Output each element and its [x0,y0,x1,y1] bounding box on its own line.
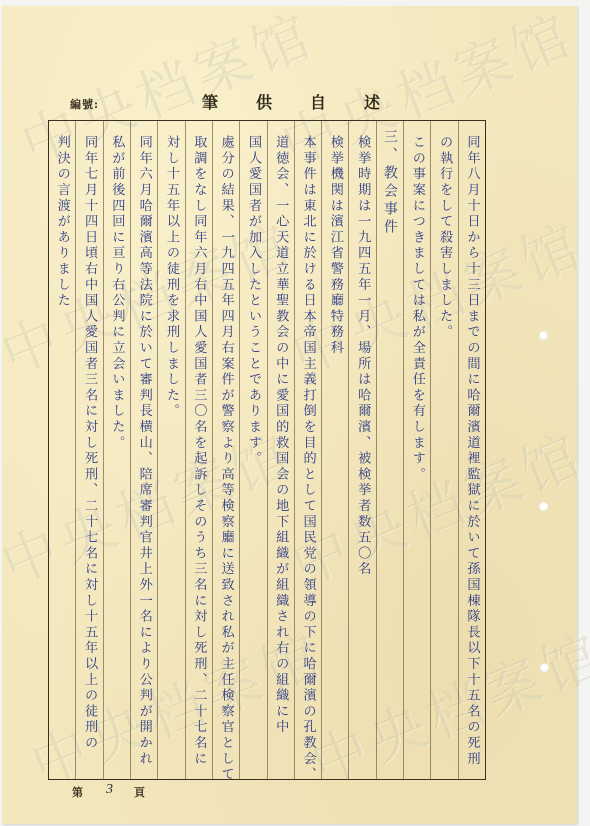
handwritten-line: 同年七月十四日頃右中国人愛国者三名に対し死刑、二十七名に対し十五年以上の徒刑の [83,135,96,751]
handwritten-line: 私が前後四回に亘り右公判に立会いました。 [110,135,123,451]
handwritten-line: 判決の言渡がありました [56,135,69,309]
page-suffix: 頁 [134,784,145,800]
title-char: 自 [310,90,326,113]
handwritten-line: の執行をして殺害しました。 [438,135,451,340]
grid-column: 本事件は東北に於ける日本帝国主義打倒を目的として国民党の領導の下に哈爾濱の孔教会… [294,121,321,779]
grid-column: この事案につきましては私が全責任を有します。 [403,121,430,779]
serial-number-label: 編號: [70,96,99,112]
document-page: 中央档案馆 中央档案馆 中央档案馆 中央档案馆 中央档案馆 中央档案馆 中央档案… [2,6,577,824]
binder-hole [539,502,548,511]
handwritten-line: 本事件は東北に於ける日本帝国主義打倒を目的として国民党の領導の下に哈爾濱の孔教会… [301,135,314,783]
grid-column: 同年七月十四日頃右中国人愛国者三名に対し死刑、二十七名に対し十五年以上の徒刑の [75,121,102,779]
grid-column: の執行をして殺害しました。 [430,121,457,779]
handwritten-line: 検挙時期は一九四五年一月、場所は哈爾濱、被検挙者数五〇名 [356,135,369,577]
grid-column: 国人愛国者が加入したということであります。 [239,121,266,779]
title-char: 述 [364,90,380,113]
document-title: 筆 供 自 述 [202,90,380,113]
grid-column: 同年八月十日から十三日までの間に哈爾濱道裡監獄に於いて孫国棟隊長以下十五名の死刑 [458,121,485,779]
grid-column: 取調をなし同年六月右中国人愛国者三〇名を起訴しそのうち三名に対し死刑、二十七名に [185,121,212,779]
title-char: 供 [256,90,272,113]
binder-hole [539,331,548,340]
binder-hole [540,663,549,672]
handwritten-line: 處分の結果、一九四五年四月右案件が警察より高等検察廳に送致され私が主任検察官とし… [219,135,232,783]
grid-column: 同年六月哈爾濱高等法院に於いて審判長横山、陪席審判官井上外一名により公判が開かれ [130,121,157,779]
handwritten-line: この事案につきましては私が全責任を有します。 [411,135,424,483]
handwritten-line: 国人愛国者が加入したということであります。 [247,135,260,467]
grid-column: 道徳会、一心天道立華聖教会の中に愛国的救国会の地下組織が組織され右の組織に中 [267,121,294,779]
page-prefix: 第 [72,784,83,800]
grid-column: 三、教会事件 [376,121,403,779]
handwritten-line: 道徳会、一心天道立華聖教会の中に愛国的救国会の地下組織が組織され右の組織に中 [274,135,287,735]
grid-column: 處分の結果、一九四五年四月右案件が警察より高等検察廳に送致され私が主任検察官とし… [212,121,239,779]
grid-column: 検挙機関は濱江省警務廳特務科 [321,121,348,779]
grid-column: 対し十五年以上の徒刑を求刑しました。 [157,121,184,779]
handwritten-line: 同年八月十日から十三日までの間に哈爾濱道裡監獄に於いて孫国棟隊長以下十五名の死刑 [465,135,478,767]
writing-grid: 同年八月十日から十三日までの間に哈爾濱道裡監獄に於いて孫国棟隊長以下十五名の死刑… [48,120,486,780]
handwritten-line: 対し十五年以上の徒刑を求刑しました。 [165,135,178,419]
page-number-value: 3 [106,782,113,798]
title-char: 筆 [202,90,218,113]
grid-column: 判決の言渡がありました [49,121,75,779]
handwritten-line: 検挙機関は濱江省警務廳特務科 [329,135,342,356]
handwritten-line: 同年六月哈爾濱高等法院に於いて審判長横山、陪席審判官井上外一名により公判が開かれ [137,135,150,767]
section-heading: 三、教会事件 [383,129,397,237]
grid-column: 検挙時期は一九四五年一月、場所は哈爾濱、被検挙者数五〇名 [348,121,375,779]
grid-column: 私が前後四回に亘り右公判に立会いました。 [103,121,130,779]
handwritten-line: 取調をなし同年六月右中国人愛国者三〇名を起訴しそのうち三名に対し死刑、二十七名に [192,135,205,767]
